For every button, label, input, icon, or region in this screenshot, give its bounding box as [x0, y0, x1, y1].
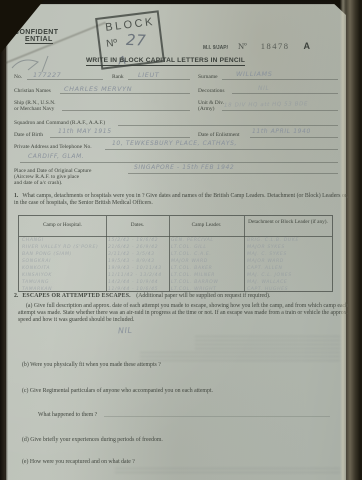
- photo-edge-left: [0, 0, 8, 480]
- table-row-camp: RIVER VALLEY RD (S'PORE): [22, 245, 98, 250]
- field-rank-label: Rank: [112, 74, 124, 80]
- question-2c-text: (c) Give Regimental particulars of anyon…: [22, 388, 213, 394]
- field-address-line1: [105, 149, 338, 150]
- ink-bleed-smudge: [195, 336, 340, 350]
- table-header-block-leader: Detachment or Block Leader (if any).: [246, 219, 330, 225]
- question-2-heading: 2.ESCAPES OR ATTEMPTED ESCAPES. (Additio…: [14, 293, 270, 299]
- question-2-title: ESCAPES OR ATTEMPTED ESCAPES.: [22, 293, 130, 299]
- ref-suffix: A: [304, 41, 311, 51]
- question-2c2-line: [104, 416, 330, 417]
- field-ship-label-2: or Merchant Navy: [14, 106, 56, 112]
- table-row-block: BRIG. C.L.B. DUKE: [247, 238, 299, 243]
- field-squadron-label: Squadron and Command (R.A.F., A.A.F.): [14, 120, 105, 126]
- table-row-leader: LT.COL. WRIGHT: [171, 287, 217, 292]
- field-address-label: Private Address and Telephone No.: [14, 144, 92, 150]
- table-row-dates: 21/6/42 - 26/9/42: [108, 245, 158, 250]
- field-surname-line: [222, 79, 338, 80]
- table-row-leader: GEN. PERCIVAL: [171, 238, 214, 243]
- table-row-block: MAJ. WALLACE: [247, 280, 287, 285]
- question-2e-text: (e) How were you recaptured and on what …: [22, 459, 135, 465]
- table-header-leader: Camp Leader.: [169, 222, 244, 228]
- table-row-dates: 19/5/43 - 8/9/43: [108, 259, 155, 264]
- question-2b-text: (b) Were you physically fit when you mad…: [22, 362, 161, 368]
- field-surname-label: Surname: [198, 74, 218, 80]
- table-row-dates: 11/9/44 - 10/6/45: [108, 287, 158, 292]
- ink-bleed-smudge: [115, 468, 340, 476]
- question-1-body: What camps, detachments or hospitals wer…: [14, 193, 348, 206]
- question-1-text: 1.What camps, detachments or hospitals w…: [14, 193, 348, 207]
- table-header-camp: Camp or Hospital.: [19, 222, 106, 228]
- scanned-pow-questionnaire: CONFIDENT ENTIAL BLOCK Nº 27 A M.I. 9/JA…: [0, 0, 362, 480]
- stamp-word-no: Nº: [106, 38, 118, 50]
- camps-table: Camp or Hospital. Dates. Camp Leader. De…: [18, 215, 333, 292]
- field-no-value: 177227: [33, 71, 61, 79]
- field-dob-value: 11th MAY 1915: [58, 128, 112, 135]
- table-row-dates: 19/9/43 - 10/11/43: [108, 266, 162, 271]
- field-address-line2: [20, 162, 338, 163]
- table-row-camp: BAN PONG (SIAM): [22, 252, 72, 257]
- field-address-value1: 10, TEWKESBURY PLACE, CATHAYS,: [112, 140, 237, 147]
- field-capture-value: SINGAPORE - 15th FEB 1942: [134, 164, 234, 171]
- field-enlist-line: [250, 137, 338, 138]
- field-no-line: [27, 79, 103, 80]
- table-row-block: MAJOR SYKES: [247, 245, 285, 250]
- field-capture-label-3: and date of a/c crash).: [14, 180, 91, 186]
- question-2-note: (Additional paper will be supplied on re…: [136, 293, 270, 299]
- stamp-handwritten-number: 27: [126, 31, 147, 50]
- table-row-dates: 11/11/43 - 13/2/44: [108, 273, 162, 278]
- table-row-dates: 15/2/42 - 18/6/42: [108, 238, 158, 243]
- field-capture-line: [128, 173, 338, 174]
- table-row-leader: LT.COL. BARROW: [171, 280, 219, 285]
- question-2c2-text: What happened to them ?: [38, 412, 97, 418]
- confidential-line2: ENTIAL: [25, 36, 53, 44]
- ref-no-label: Nº: [238, 41, 247, 51]
- field-dob-line: [50, 137, 190, 138]
- question-2-number: 2.: [14, 293, 18, 299]
- table-row-block: MAJ. C.L. JONES: [247, 273, 292, 278]
- question-1-number: 1.: [14, 193, 18, 199]
- field-ship-line: [62, 110, 190, 111]
- field-no-label: No.: [14, 74, 22, 80]
- table-row-camp: KONKOITA: [22, 266, 50, 271]
- table-row-block: MAJ. C. SYKES: [247, 252, 287, 257]
- field-capture-label: Place and Date of Original Capture (Airc…: [14, 168, 91, 186]
- table-row-block: CAPT. ALLEN: [247, 266, 283, 271]
- book-binding-edge-right: [340, 0, 362, 480]
- field-christian-label: Christian Names: [14, 88, 51, 94]
- field-address-value2: CARDIFF, GLAM.: [28, 153, 84, 160]
- field-christian-value: CHARLES MERVYN: [64, 85, 132, 93]
- field-decorations-value: NIL: [258, 85, 269, 92]
- ref-number: 18478: [261, 41, 290, 51]
- table-header-rule: [19, 236, 332, 237]
- field-rank-line: [128, 79, 190, 80]
- field-rank-value: LIEUT: [138, 71, 159, 79]
- table-row-camp: CHANGI: [22, 238, 44, 243]
- field-decorations-line: [232, 93, 338, 94]
- table-row-camp: TAMUANG: [22, 280, 49, 285]
- confidential-line1: CONFIDENT: [14, 29, 58, 36]
- field-enlist-value: 11th APRIL 1940: [252, 128, 311, 135]
- table-row-camp: KINSAIYOK: [22, 273, 52, 278]
- field-squadron-line: [118, 125, 338, 126]
- table-divider-3: [244, 216, 245, 291]
- table-header-dates: Dates.: [106, 222, 169, 228]
- field-unit-line: [222, 110, 338, 111]
- confidential-marking: CONFIDENT ENTIAL: [14, 29, 58, 44]
- table-row-leader: LT.COL. BAKER: [171, 266, 212, 271]
- ref-prefix: M.I. 9/JAP/: [203, 45, 228, 51]
- field-enlist-label: Date of Enlistment: [198, 132, 240, 138]
- file-reference: M.I. 9/JAP/ Nº 18478 A: [203, 36, 310, 54]
- table-row-leader: MAJOR WARD: [171, 259, 208, 264]
- table-row-dates: 14/2/44 - 10/9/44: [108, 280, 158, 285]
- question-2a-text: (a) Give full description and approx. da…: [18, 303, 348, 324]
- table-row-block: MAJOR WARD: [247, 259, 284, 264]
- photo-edge-top: [0, 0, 362, 5]
- table-row-camp: TAMARKAN: [22, 287, 52, 292]
- table-row-block: CAPT. HUGHES: [247, 287, 288, 292]
- pencil-instruction-heading: WRITE IN BLOCK CAPITAL LETTERS IN PENCIL: [86, 57, 245, 66]
- field-dob-label: Date of Birth: [14, 132, 43, 138]
- table-row-dates: 3/11/42 - 3/5/43: [108, 252, 155, 257]
- field-christian-line: [60, 93, 190, 94]
- field-ship-label: Ship (R.N., U.S.N. or Merchant Navy: [14, 100, 56, 112]
- field-unit-label: Unit & Div. (Army): [198, 100, 224, 112]
- table-row-leader: LT.COL. GILL: [171, 245, 207, 250]
- field-decorations-label: Decorations: [198, 88, 225, 94]
- question-2a-answer: NIL: [118, 326, 133, 336]
- field-surname-value: WILLIAMS: [236, 70, 272, 78]
- question-2d-text: (d) Give briefly your experiences during…: [22, 437, 163, 443]
- table-row-camp: SONGKRAI: [22, 259, 51, 264]
- field-unit-label-2: (Army): [198, 106, 224, 112]
- table-row-leader: LT.COL. C.A.E.: [171, 252, 211, 257]
- table-row-leader: LT.COL. MILNER: [171, 273, 215, 278]
- ink-bleed-smudge: [140, 352, 340, 362]
